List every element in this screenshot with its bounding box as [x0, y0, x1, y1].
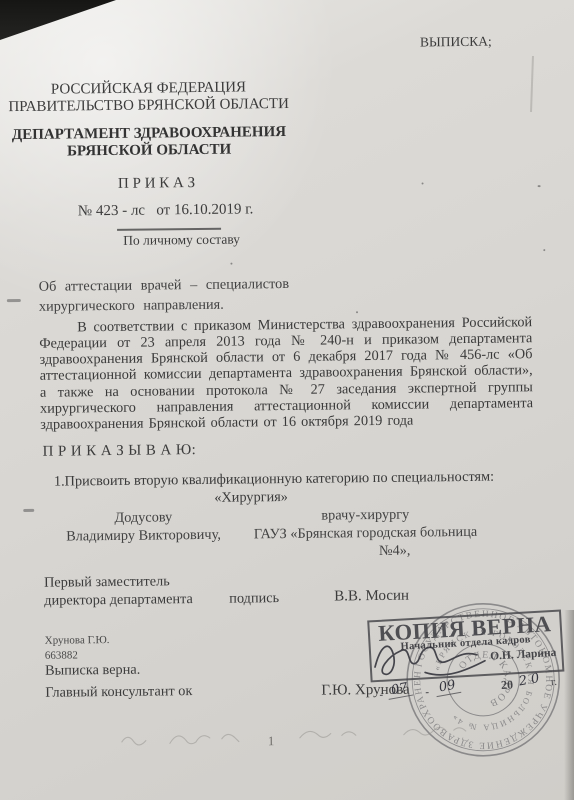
signature-placeholder-word: подпись	[229, 590, 279, 608]
signatory-title-line1: Первый заместитель	[44, 573, 170, 591]
page-number: 1	[268, 733, 275, 749]
pencil-scribbles	[104, 714, 484, 763]
signatory-title-line2: директора департамента	[44, 591, 193, 610]
order-item-specialty: «Хирургия»	[151, 488, 351, 507]
awardee-surname: Додусову	[59, 508, 227, 528]
consultant-title: Главный консультант ок	[45, 683, 192, 702]
awardee-name-patronymic: Владимиру Викторовичу,	[59, 526, 227, 546]
letterhead-department-line1: ДЕПАРТАМЕНТ ЗДРАВООХРАНЕНИЯ	[0, 124, 301, 144]
paper-speck4	[356, 311, 358, 313]
margin-dash-mark	[7, 299, 21, 302]
letterhead: РОССИЙСКАЯ ФЕДЕРАЦИЯ ПРАВИТЕЛЬСТВО БРЯНС…	[0, 79, 302, 194]
paper-speck2	[538, 185, 541, 187]
subject-line2: хирургического направления.	[39, 294, 307, 317]
subject-block: Об аттестации врачей – специалистов хиру…	[39, 274, 307, 317]
awardee-position-column: врачу-хирургу ГАУЗ «Брянская городская б…	[236, 505, 495, 562]
date-separator: -	[379, 689, 383, 701]
paper-speck5	[230, 263, 232, 265]
letterhead-department-line2: БРЯНСКОЙ ОБЛАСТИ	[0, 141, 301, 161]
awardee-org-line2: №4»,	[237, 541, 495, 562]
preamble-paragraph: В соответствии с приказом Министерства з…	[39, 314, 533, 433]
subject-line1: Об аттестации врачей – специалистов	[39, 274, 307, 297]
document-content: ВЫПИСКА; РОССИЙСКАЯ ФЕДЕРАЦИЯ ПРАВИТЕЛЬС…	[0, 0, 574, 800]
extract-label: ВЫПИСКА;	[420, 34, 492, 51]
awardee-name-column: Додусову Владимиру Викторовичу,	[59, 508, 227, 546]
extract-verified-note: Выписка верна.	[45, 662, 140, 680]
executor-name: Хрунова Г.Ю.	[45, 634, 110, 647]
signatory-name: В.В. Мосин	[334, 588, 409, 606]
scanned-document-page: ВЫПИСКА; РОССИЙСКАЯ ФЕДЕРАЦИЯ ПРАВИТЕЛЬС…	[0, 0, 574, 800]
order-number-line: № 423 - лс от 16.10.2019 г.	[78, 201, 254, 220]
category-underline	[117, 228, 221, 231]
doc-type-title: П Р И К А З	[0, 174, 302, 194]
margin-dash-mark2	[23, 509, 34, 512]
resolution-heading: П Р И К А З Ы В А Ю:	[42, 442, 196, 461]
paper-speck	[422, 182, 424, 184]
scan-right-edge-shadow	[564, 610, 574, 800]
order-item-text: 1.Присвоить вторую квалификационную кате…	[54, 469, 494, 491]
executor-phone: 663882	[45, 649, 78, 661]
paper-speck3	[543, 249, 545, 251]
letterhead-government: ПРАВИТЕЛЬСТВО БРЯНСКОЙ ОБЛАСТИ	[0, 96, 301, 116]
awardee-org-line1: ГАУЗ «Брянская городская больница	[236, 523, 494, 544]
order-category: По личному составу	[123, 232, 240, 249]
